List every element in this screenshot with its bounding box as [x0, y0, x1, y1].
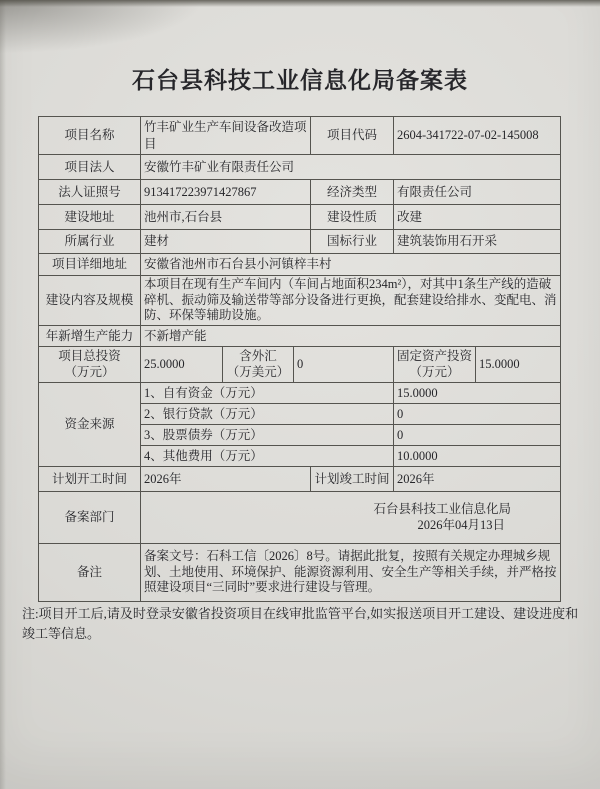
build-nature-label: 建设性质	[311, 205, 394, 230]
plan-finish-label: 计划竣工时间	[311, 466, 394, 491]
legal-person-label: 项目法人	[39, 155, 141, 180]
license-no-value: 913417223971427867	[141, 180, 311, 205]
table-row: 资金来源 1、自有资金（万元） 15.0000	[39, 382, 561, 403]
gb-industry-label: 国标行业	[311, 230, 394, 254]
funding-value: 0	[394, 403, 561, 424]
filing-dept-cell: 石台县科技工业信息化局 2026年04月13日	[141, 491, 561, 543]
industry-value: 建材	[141, 230, 311, 254]
plan-start-label: 计划开工时间	[39, 466, 141, 491]
page-title: 石台县科技工业信息化局备案表	[0, 62, 600, 95]
remark-label: 备注	[39, 543, 141, 601]
project-code-label: 项目代码	[311, 117, 394, 155]
table-row: 建设内容及规模 本项目在现有生产车间内（车间占地面积234m²），对其中1条生产…	[39, 276, 561, 326]
table-row: 项目详细地址 安徽省池州市石台县小河镇梓丰村	[39, 254, 561, 276]
table-row: 项目总投资 （万元） 25.0000 含外汇 （万美元） 0 固定资产投资 （万…	[39, 346, 561, 382]
project-code-value: 2604-341722-07-02-145008	[394, 117, 561, 155]
project-name-value: 竹丰矿业生产车间设备改造项目	[141, 117, 311, 155]
legal-person-value: 安徽竹丰矿业有限责任公司	[141, 155, 561, 180]
project-name-label: 项目名称	[39, 117, 141, 155]
funding-source-label: 资金来源	[39, 382, 141, 466]
forex-label: 含外汇 （万美元）	[223, 346, 294, 382]
filing-dept-label: 备案部门	[39, 491, 141, 543]
plan-finish-value: 2026年	[394, 466, 561, 491]
funding-item: 2、银行贷款（万元）	[141, 403, 394, 424]
detail-address-label: 项目详细地址	[39, 254, 141, 276]
plan-start-value: 2026年	[141, 466, 311, 491]
detail-address-value: 安徽省池州市石台县小河镇梓丰村	[141, 254, 561, 276]
funding-item: 3、股票债券（万元）	[141, 424, 394, 445]
funding-item: 4、其他费用（万元）	[141, 445, 394, 466]
license-no-label: 法人证照号	[39, 180, 141, 205]
table-row: 项目名称 竹丰矿业生产车间设备改造项目 项目代码 2604-341722-07-…	[39, 117, 561, 155]
fixed-investment-label: 固定资产投资 （万元）	[394, 346, 476, 382]
table-row: 建设地址 池州市,石台县 建设性质 改建	[39, 205, 561, 230]
funding-value: 15.0000	[394, 382, 561, 403]
fixed-investment-value: 15.0000	[476, 346, 561, 382]
table-row: 计划开工时间 2026年 计划竣工时间 2026年	[39, 466, 561, 491]
table-row: 项目法人 安徽竹丰矿业有限责任公司	[39, 155, 561, 180]
gb-industry-value: 建筑装饰用石开采	[394, 230, 561, 254]
funding-value: 10.0000	[394, 445, 561, 466]
total-investment-value: 25.0000	[141, 346, 223, 382]
filing-date: 2026年04月13日	[144, 517, 557, 533]
scale-label: 建设内容及规模	[39, 276, 141, 326]
scale-value: 本项目在现有生产车间内（车间占地面积234m²），对其中1条生产线的造破碎机、振…	[141, 276, 561, 326]
table-row: 年新增生产能力 不新增产能	[39, 325, 561, 346]
table-row: 法人证照号 913417223971427867 经济类型 有限责任公司	[39, 180, 561, 205]
economic-type-value: 有限责任公司	[394, 180, 561, 205]
table-row: 所属行业 建材 国标行业 建筑装饰用石开采	[39, 230, 561, 254]
remark-value: 备案文号：石科工信〔2026〕8号。请据此批复，按照有关规定办理城乡规划、土地使…	[141, 543, 561, 601]
table-row: 备案部门 石台县科技工业信息化局 2026年04月13日	[39, 491, 561, 543]
total-investment-label: 项目总投资 （万元）	[39, 346, 141, 382]
funding-item: 1、自有资金（万元）	[141, 382, 394, 403]
build-address-label: 建设地址	[39, 205, 141, 230]
industry-label: 所属行业	[39, 230, 141, 254]
capacity-value: 不新增产能	[141, 325, 561, 346]
forex-value: 0	[294, 346, 394, 382]
economic-type-label: 经济类型	[311, 180, 394, 205]
build-address-value: 池州市,石台县	[141, 205, 311, 230]
funding-value: 0	[394, 424, 561, 445]
document-photo: 石台县科技工业信息化局备案表 项目名称 竹丰矿业生产车间设备改造项目 项目代码 …	[0, 0, 600, 789]
build-nature-value: 改建	[394, 205, 561, 230]
filing-dept-name: 石台县科技工业信息化局	[144, 501, 557, 517]
capacity-label: 年新增生产能力	[39, 325, 141, 346]
form-table: 项目名称 竹丰矿业生产车间设备改造项目 项目代码 2604-341722-07-…	[38, 116, 561, 602]
footer-note: 注:项目开工后,请及时登录安徽省投资项目在线审批监管平台,如实报送项目开工建设、…	[22, 604, 582, 644]
table-row: 备注 备案文号：石科工信〔2026〕8号。请据此批复，按照有关规定办理城乡规划、…	[39, 543, 561, 601]
